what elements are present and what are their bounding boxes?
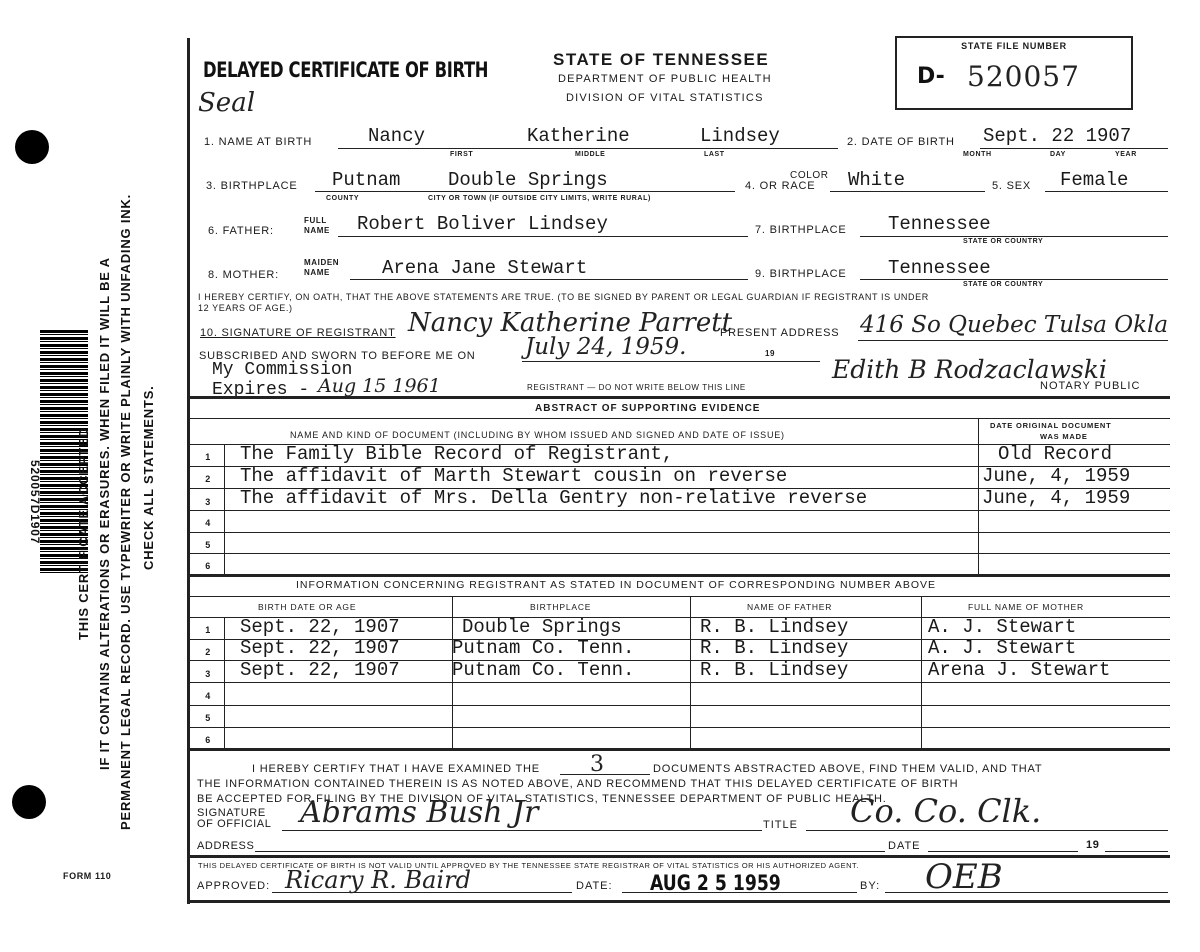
evidence-col-date-1: DATE ORIGINAL DOCUMENT [990, 421, 1112, 430]
info-father: R. B. Lindsey [700, 659, 848, 681]
mother-label: 8. MOTHER: [208, 269, 279, 281]
mother-name-label-top: MAIDEN [304, 258, 339, 267]
father-label: 6. FATHER: [208, 225, 274, 237]
day-sub: DAY [1050, 151, 1066, 158]
divider-above-approval [190, 855, 1170, 858]
father-name: Robert Boliver Lindsey [357, 213, 608, 235]
row-number: 3 [198, 497, 218, 507]
margin-accepted: THIS CERTIFICATE ACCEPTED [76, 427, 91, 640]
punch-hole-bottom [12, 785, 46, 819]
info-mother: A. J. Stewart [928, 616, 1076, 638]
mother-bp-underline [860, 279, 1168, 280]
mother-birthplace-label: 9. BIRTHPLACE [755, 268, 847, 280]
state-file-number-box: STATE FILE NUMBER D- 520057 [895, 36, 1133, 110]
last-name: Lindsey [700, 125, 780, 147]
info-birth: Sept. 22, 1907 [240, 616, 400, 638]
approval-date-stamp: AUG 2 5 1959 [650, 871, 781, 895]
present-address-label: PRESENT ADDRESS [720, 327, 839, 339]
evidence-date: June, 4, 1959 [982, 487, 1130, 509]
form-bottom-rule [190, 900, 1170, 903]
first-sub: FIRST [450, 151, 473, 158]
evidence-col-divider [978, 418, 979, 574]
info-col-father: NAME OF FATHER [747, 602, 832, 612]
date-of-birth: Sept. 22 1907 [983, 125, 1131, 147]
info-row-rule [190, 727, 1170, 728]
mother-birthplace: Tennessee [888, 257, 991, 279]
sworn-date: July 24, 1959. [525, 334, 686, 360]
form-number: FORM 110 [63, 871, 111, 881]
row-number: 2 [198, 647, 218, 657]
evidence-title: ABSTRACT OF SUPPORTING EVIDENCE [535, 403, 760, 414]
info-rule-top [190, 596, 1170, 597]
certify-text-1b: DOCUMENTS ABSTRACTED ABOVE, FIND THEM VA… [653, 763, 1042, 775]
file-number-label: STATE FILE NUMBER [897, 41, 1131, 51]
row-number: 4 [198, 691, 218, 701]
state-title: STATE OF TENNESSEE [553, 50, 769, 70]
registrant-note: REGISTRANT — DO NOT WRITE BELOW THIS LIN… [527, 383, 746, 392]
info-col-birth: BIRTH DATE OR AGE [258, 602, 356, 612]
info-col-divider [690, 596, 691, 748]
row-number: 6 [198, 735, 218, 745]
info-birth: Sept. 22, 1907 [240, 659, 400, 681]
father-birthplace: Tennessee [888, 213, 991, 235]
row-number: 1 [198, 452, 218, 462]
cert-date-underline [928, 851, 1078, 852]
sworn-underline [522, 361, 820, 362]
evidence-col-date-2: WAS MADE [1040, 432, 1088, 441]
cert-date-label: DATE [888, 840, 921, 852]
division: DIVISION OF VITAL STATISTICS [566, 92, 764, 104]
mother-name: Arena Jane Stewart [382, 257, 587, 279]
city-sub: CITY OR TOWN (IF OUTSIDE CITY LIMITS, WR… [428, 195, 651, 202]
info-col-place: BIRTHPLACE [530, 602, 591, 612]
info-row-rule [190, 705, 1170, 706]
approved-signature: Ricary R. Baird [285, 866, 471, 894]
last-sub: LAST [704, 151, 725, 158]
approval-date-label: DATE: [576, 880, 613, 892]
father-birthplace-label: 7. BIRTHPLACE [755, 224, 847, 236]
row-number: 1 [198, 625, 218, 635]
sex-underline [1045, 191, 1168, 192]
divider-below-oath [190, 396, 1170, 399]
address-underline [858, 340, 1168, 341]
certify-text-2: THE INFORMATION CONTAINED THEREIN IS AS … [197, 778, 958, 790]
evidence-date: June, 4, 1959 [982, 465, 1130, 487]
evidence-date: Old Record [998, 443, 1112, 465]
father-underline [338, 236, 748, 237]
row-number: 5 [198, 713, 218, 723]
title-underline [806, 830, 1168, 831]
info-mother: Arena J. Stewart [928, 659, 1110, 681]
commission-date: Aug 15 1961 [318, 375, 441, 397]
month-sub: MONTH [963, 151, 992, 158]
mother-underline [350, 279, 748, 280]
department: DEPARTMENT OF PUBLIC HEALTH [558, 73, 772, 85]
first-name: Nancy [368, 125, 425, 147]
info-place: Putnam Co. Tenn. [452, 659, 634, 681]
row-number: 6 [198, 561, 218, 571]
margin-alterations: IF IT CONTAINS ALTERATIONS OR ERASURES. … [97, 257, 112, 770]
race: White [848, 169, 905, 191]
by-signature: OEB [925, 857, 1003, 897]
info-title: INFORMATION CONCERNING REGISTRANT AS STA… [296, 579, 936, 591]
address-label: ADDRESS [197, 840, 254, 852]
evidence-row-rule [190, 510, 1170, 511]
sex: Female [1060, 169, 1128, 191]
mother-state-sub: STATE OR COUNTRY [963, 281, 1043, 288]
row-number: 3 [198, 669, 218, 679]
signature-label: 10. SIGNATURE OF REGISTRANT [200, 327, 396, 339]
oath-text-1: I HEREBY CERTIFY, ON OATH, THAT THE ABOV… [198, 292, 929, 302]
evidence-rule-bottom [190, 574, 1170, 577]
dob-label: 2. DATE OF BIRTH [847, 136, 955, 148]
certify-text-1a: I HEREBY CERTIFY THAT I HAVE EXAMINED TH… [252, 763, 540, 775]
evidence-row-rule [190, 532, 1170, 533]
birth-county: Putnam [332, 169, 400, 191]
info-row-rule [190, 682, 1170, 683]
county-sub: COUNTY [326, 195, 359, 202]
row-number: 2 [198, 474, 218, 484]
birth-city: Double Springs [448, 169, 608, 191]
father-name-label: NAME [304, 226, 330, 235]
approved-label: APPROVED: [197, 880, 270, 892]
name-label: 1. NAME AT BIRTH [204, 136, 312, 148]
document-title: DELAYED CERTIFICATE OF BIRTH [203, 58, 488, 82]
evidence-doc: The affidavit of Marth Stewart cousin on… [240, 465, 787, 487]
birthplace-label: 3. BIRTHPLACE [206, 180, 298, 192]
middle-name: Katherine [527, 125, 630, 147]
evidence-col-doc: NAME AND KIND OF DOCUMENT (INCLUDING BY … [290, 430, 785, 440]
present-address: 416 So Quebec Tulsa Okla [860, 312, 1168, 338]
race-underline [830, 191, 985, 192]
by-label: BY: [860, 880, 880, 892]
oath-text-2: 12 YEARS OF AGE.) [198, 303, 293, 313]
evidence-rule-top [190, 418, 1170, 419]
name-underline [338, 148, 838, 149]
info-mother: A. J. Stewart [928, 637, 1076, 659]
race-label: 4. OR RACE [745, 180, 815, 192]
document-count: 3 [590, 752, 604, 777]
file-number: 520057 [967, 60, 1080, 93]
father-name-label-top: FULL [304, 216, 327, 225]
birthplace-underline [315, 191, 735, 192]
info-father: R. B. Lindsey [700, 616, 848, 638]
sworn-year-prefix: 19 [765, 349, 775, 358]
address-underline [255, 851, 885, 852]
info-col-mother: FULL NAME OF MOTHER [968, 602, 1084, 612]
official-signature-underline [282, 830, 762, 831]
info-birth: Sept. 22, 1907 [240, 637, 400, 659]
row-number: 5 [198, 540, 218, 550]
middle-sub: MIDDLE [575, 151, 605, 158]
official-signature: Abrams Bush Jr [300, 795, 538, 830]
info-rule-bottom [190, 748, 1170, 751]
sex-label: 5. SEX [992, 180, 1031, 192]
file-number-prefix: D- [917, 64, 945, 89]
official-signature-label-2: OF OFFICIAL [197, 818, 271, 830]
dob-underline [980, 148, 1168, 149]
father-state-sub: STATE OR COUNTRY [963, 238, 1043, 245]
punch-hole-top [15, 130, 49, 164]
info-father: R. B. Lindsey [700, 637, 848, 659]
year-sub: YEAR [1115, 151, 1137, 158]
info-col-divider [921, 596, 922, 748]
info-place: Putnam Co. Tenn. [452, 637, 634, 659]
title-label: TITLE [763, 819, 798, 831]
evidence-num-divider [224, 444, 225, 574]
margin-check: CHECK ALL STATEMENTS. [141, 385, 156, 570]
count-underline [560, 774, 650, 775]
evidence-doc: The affidavit of Mrs. Della Gentry non-r… [240, 487, 867, 509]
notary-label: NOTARY PUBLIC [1040, 380, 1140, 392]
evidence-doc: The Family Bible Record of Registrant, [240, 443, 673, 465]
evidence-row-rule [190, 553, 1170, 554]
official-title: Co. Co. Clk. [850, 792, 1041, 830]
cert-year-underline [1105, 851, 1168, 852]
father-bp-underline [860, 236, 1168, 237]
info-place: Double Springs [462, 616, 622, 638]
barcode-number: 520057D1907 [28, 460, 42, 544]
mother-name-label: NAME [304, 268, 330, 277]
cert-year-prefix: 19 [1086, 839, 1099, 851]
seal-note: Seal [198, 88, 255, 118]
margin-legal-record: PERMANENT LEGAL RECORD. USE TYPEWRITER O… [118, 194, 133, 830]
row-number: 4 [198, 518, 218, 528]
